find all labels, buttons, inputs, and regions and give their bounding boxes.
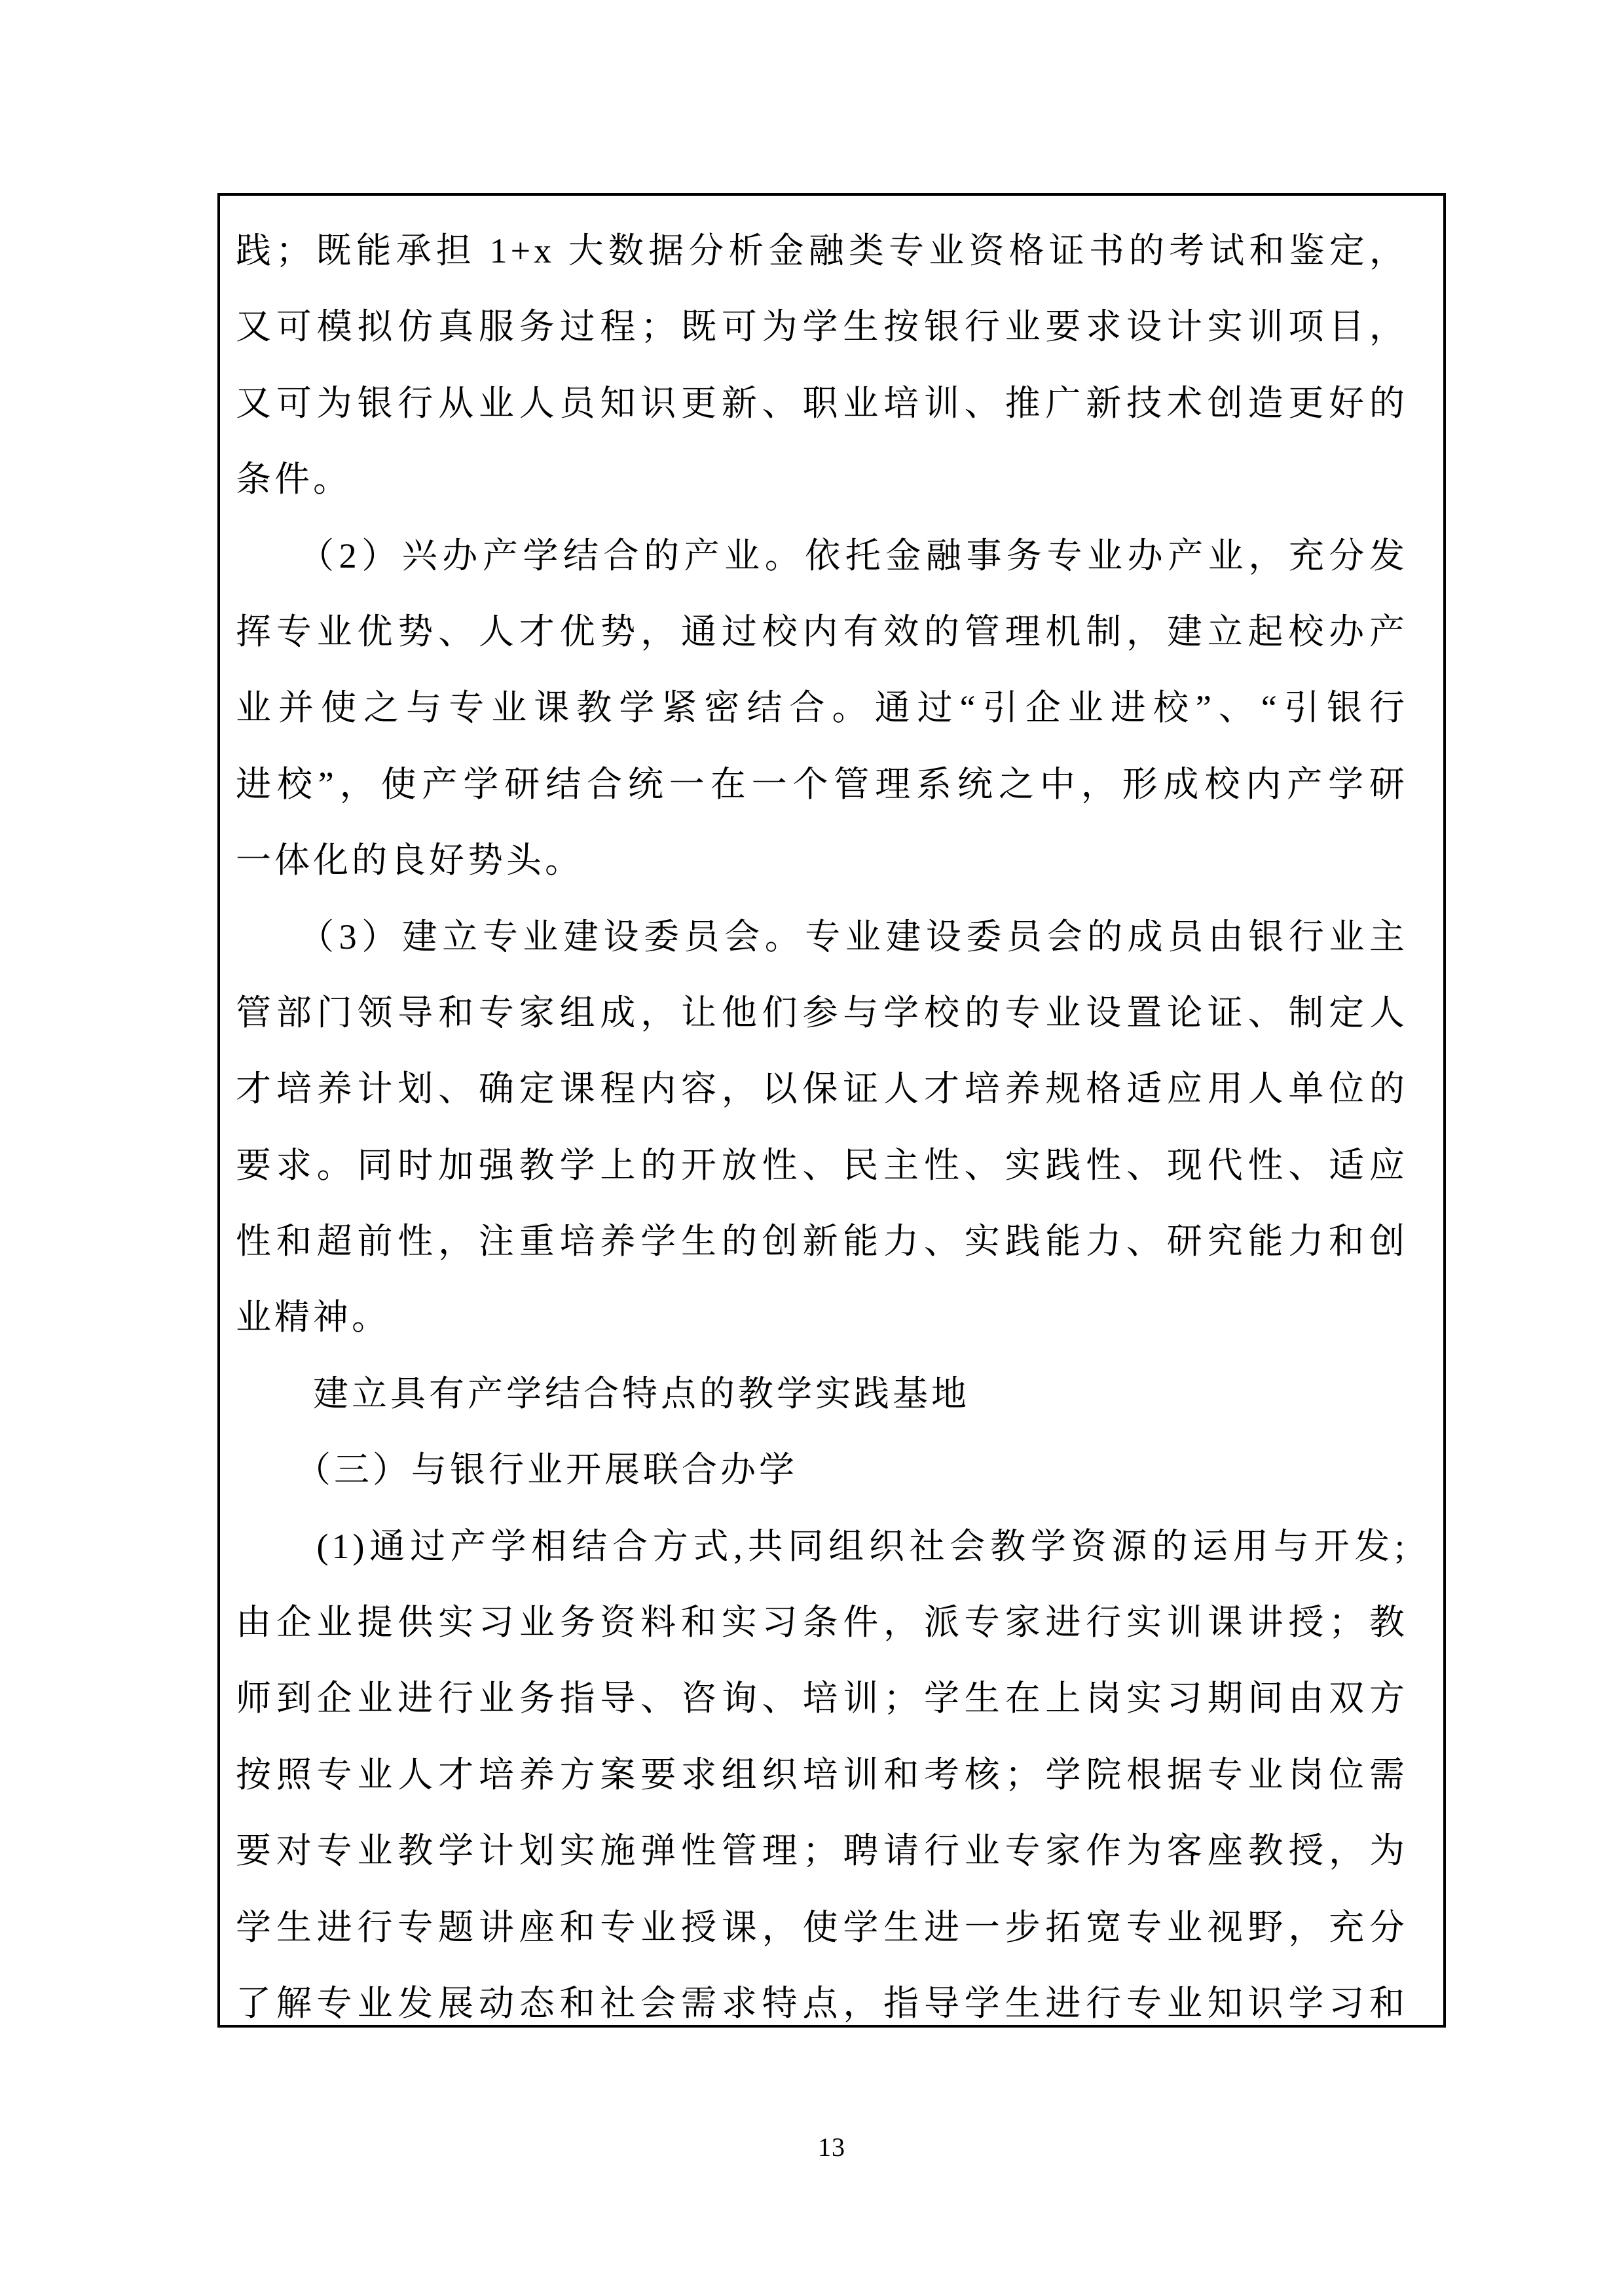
text-line: (1)通过产学相结合方式,共同组织社会教学资源的运用与开发; — [236, 1508, 1408, 1584]
text-line: 践；既能承担 1+x 大数据分析金融类专业资格证书的考试和鉴定， — [236, 213, 1408, 289]
document-page: 践；既能承担 1+x 大数据分析金融类专业资格证书的考试和鉴定，又可模拟仿真服务… — [0, 0, 1624, 2296]
text-line: 师到企业进行业务指导、咨询、培训；学生在上岗实习期间由双方 — [236, 1660, 1408, 1736]
page-number: 13 — [217, 2132, 1446, 2162]
text-line: 进校”，使产学研结合统一在一个管理系统之中，形成校内产学研 — [236, 746, 1408, 822]
text-line: 建立具有产学结合特点的教学实践基地 — [236, 1356, 1408, 1432]
text-line: 又可模拟仿真服务过程；既可为学生按银行业要求设计实训项目， — [236, 289, 1408, 365]
text-line: 按照专业人才培养方案要求组织培训和考核；学院根据专业岗位需 — [236, 1737, 1408, 1813]
text-line: 业并使之与专业课教学紧密结合。通过“引企业进校”、“引银行 — [236, 670, 1408, 746]
text-line: 要求。同时加强教学上的开放性、民主性、实践性、现代性、适应 — [236, 1127, 1408, 1203]
text-line: 挥专业优势、人才优势，通过校内有效的管理机制，建立起校办产 — [236, 594, 1408, 670]
text-line: 一体化的良好势头。 — [236, 822, 1408, 898]
text-line: 又可为银行从业人员知识更新、职业培训、推广新技术创造更好的 — [236, 365, 1408, 441]
text-line: 才培养计划、确定课程内容，以保证人才培养规格适应用人单位的 — [236, 1051, 1408, 1127]
text-line: 由企业提供实习业务资料和实习条件，派专家进行实训课讲授；教 — [236, 1584, 1408, 1660]
document-body: 践；既能承担 1+x 大数据分析金融类专业资格证书的考试和鉴定，又可模拟仿真服务… — [236, 213, 1408, 2028]
content-table-cell: 践；既能承担 1+x 大数据分析金融类专业资格证书的考试和鉴定，又可模拟仿真服务… — [217, 193, 1446, 2028]
text-line: 管部门领导和专家组成，让他们参与学校的专业设置论证、制定人 — [236, 975, 1408, 1051]
text-line: 业精神。 — [236, 1279, 1408, 1355]
text-line: 了解专业发展动态和社会需求特点，指导学生进行专业知识学习和 — [236, 1965, 1408, 2028]
text-line: （2）兴办产学结合的产业。依托金融事务专业办产业，充分发 — [236, 518, 1408, 594]
text-line: （三）与银行业开展联合办学 — [236, 1432, 1408, 1508]
text-line: 性和超前性，注重培养学生的创新能力、实践能力、研究能力和创 — [236, 1203, 1408, 1279]
text-line: 条件。 — [236, 441, 1408, 517]
text-line: （3）建立专业建设委员会。专业建设委员会的成员由银行业主 — [236, 899, 1408, 975]
text-line: 要对专业教学计划实施弹性管理；聘请行业专家作为客座教授，为 — [236, 1813, 1408, 1889]
text-line: 学生进行专题讲座和专业授课，使学生进一步拓宽专业视野，充分 — [236, 1889, 1408, 1965]
